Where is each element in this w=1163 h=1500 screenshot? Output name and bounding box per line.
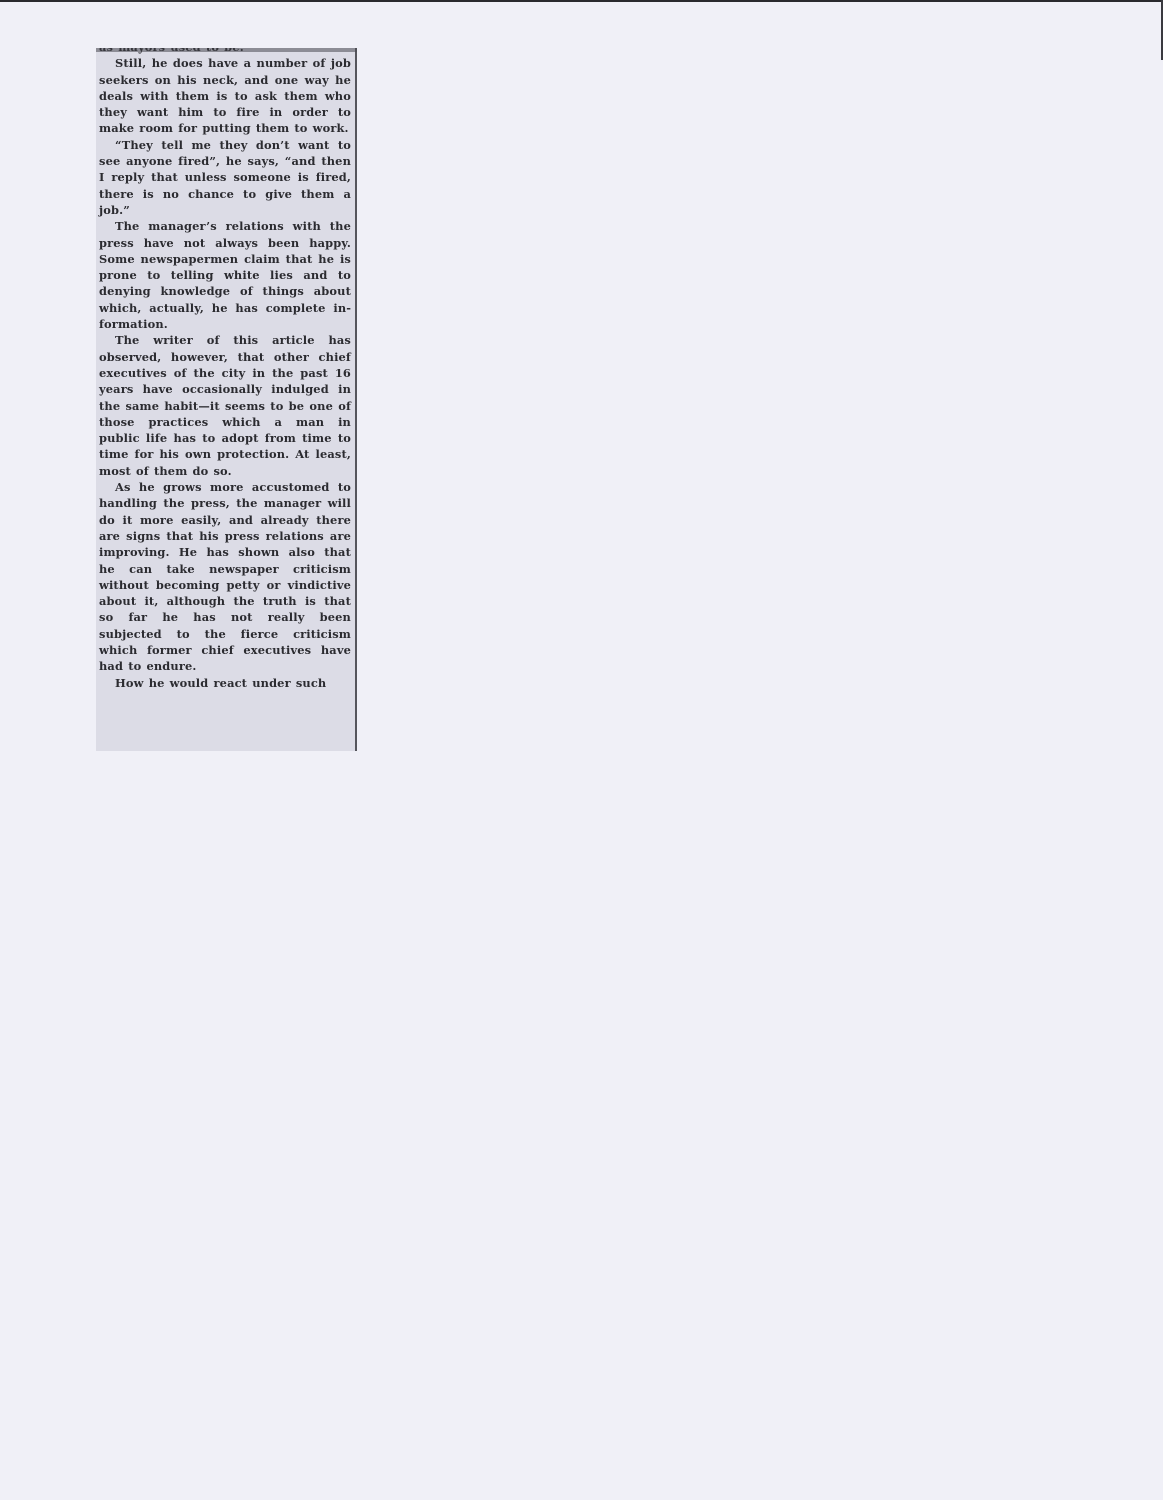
- clipping-paragraph: The manager’s relations with the press h…: [99, 218, 351, 332]
- newspaper-clipping: as mayors used to be. Still, he does hav…: [96, 48, 357, 751]
- clipping-paragraph: “They tell me they don’t want to see any…: [99, 137, 351, 218]
- clipping-paragraph-fragment-bottom: How he would react under such: [99, 675, 351, 689]
- clipping-paragraph: The writer of this article has observed,…: [99, 332, 351, 479]
- clipping-cut-edge: [96, 48, 357, 52]
- page-top-edge: [0, 0, 1163, 2]
- clipping-paragraph: As he grows more accustomed to handling …: [99, 479, 351, 675]
- clipping-paragraph: Still, he does have a number of job seek…: [99, 55, 351, 136]
